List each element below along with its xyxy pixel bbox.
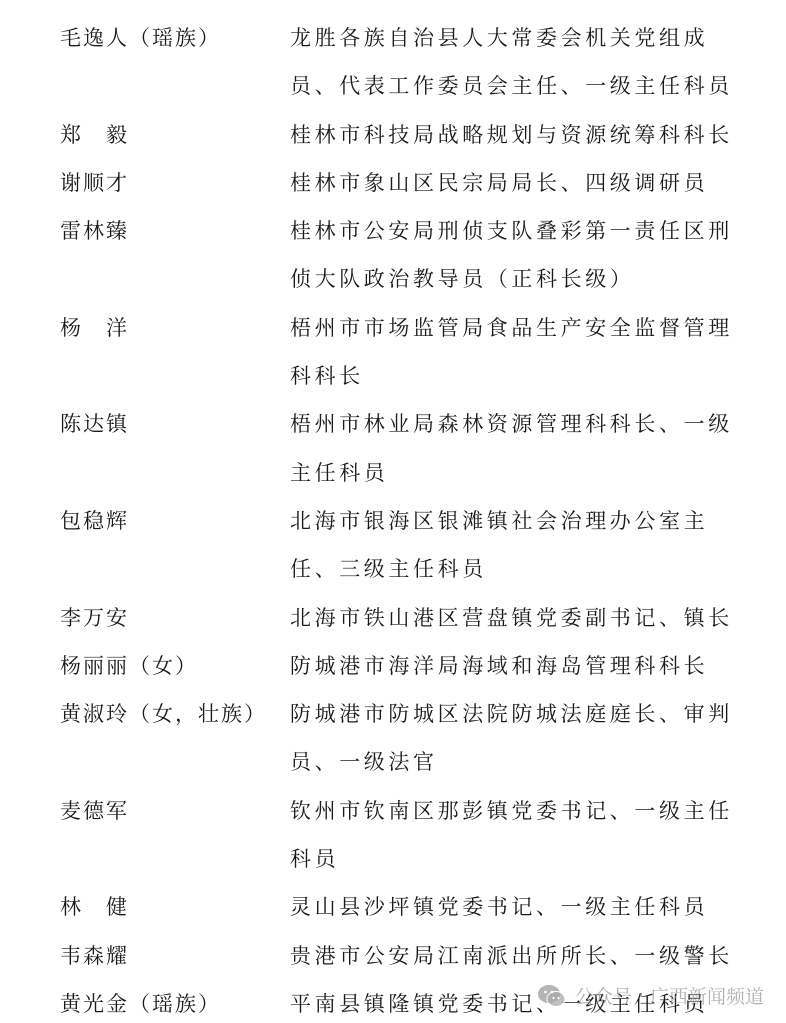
list-item: 黄淑玲（女，壮族） 防城港市防城区法院防城法庭庭长、审判员、一级法官 bbox=[60, 690, 760, 787]
list-item: 陈达镇 梧州市林业局森林资源管理科科长、一级主任科员 bbox=[60, 400, 760, 497]
person-position: 龙胜各族自治县人大常委会机关党组成员、代表工作委员会主任、一级主任科员 bbox=[290, 14, 750, 111]
person-position: 桂林市象山区民宗局局长、四级调研员 bbox=[290, 159, 750, 207]
person-name: 杨 洋 bbox=[60, 304, 290, 352]
person-position: 钦州市钦南区那彭镇党委书记、一级主任科员 bbox=[290, 787, 750, 884]
list-item: 包稳辉 北海市银海区银滩镇社会治理办公室主任、三级主任科员 bbox=[60, 497, 760, 594]
list-item: 杨丽丽（女） 防城港市海洋局海域和海岛管理科科长 bbox=[60, 642, 760, 690]
person-position: 平南县镇隆镇党委书记、一级主任科员 bbox=[290, 980, 750, 1023]
list-item: 郑 毅 桂林市科技局战略规划与资源统筹科科长 bbox=[60, 111, 760, 159]
list-item: 毛逸人（瑶族） 龙胜各族自治县人大常委会机关党组成员、代表工作委员会主任、一级主… bbox=[60, 14, 760, 111]
list-item: 杨 洋 梧州市市场监管局食品生产安全监督管理科科长 bbox=[60, 304, 760, 401]
person-name: 韦森耀 bbox=[60, 932, 290, 980]
person-position: 防城港市防城区法院防城法庭庭长、审判员、一级法官 bbox=[290, 690, 750, 787]
person-name: 郑 毅 bbox=[60, 111, 290, 159]
list-item: 韦森耀 贵港市公安局江南派出所所长、一级警长 bbox=[60, 932, 760, 980]
person-position: 桂林市科技局战略规划与资源统筹科科长 bbox=[290, 111, 750, 159]
person-position: 北海市银海区银滩镇社会治理办公室主任、三级主任科员 bbox=[290, 497, 750, 594]
person-position: 贵港市公安局江南派出所所长、一级警长 bbox=[290, 932, 750, 980]
list-item: 李万安 北海市铁山港区营盘镇党委副书记、镇长 bbox=[60, 594, 760, 642]
person-name: 李万安 bbox=[60, 594, 290, 642]
list-item: 麦德军 钦州市钦南区那彭镇党委书记、一级主任科员 bbox=[60, 787, 760, 884]
person-position: 梧州市林业局森林资源管理科科长、一级主任科员 bbox=[290, 400, 750, 497]
personnel-list: 毛逸人（瑶族） 龙胜各族自治县人大常委会机关党组成员、代表工作委员会主任、一级主… bbox=[60, 14, 760, 1023]
person-name: 陈达镇 bbox=[60, 400, 290, 448]
person-position: 北海市铁山港区营盘镇党委副书记、镇长 bbox=[290, 594, 750, 642]
person-name: 林 健 bbox=[60, 883, 290, 931]
person-name: 谢顺才 bbox=[60, 159, 290, 207]
person-name: 毛逸人（瑶族） bbox=[60, 14, 290, 62]
person-position: 灵山县沙坪镇党委书记、一级主任科员 bbox=[290, 883, 750, 931]
list-item: 雷林臻 桂林市公安局刑侦支队叠彩第一责任区刑侦大队政治教导员（正科长级） bbox=[60, 207, 760, 304]
person-name: 包稳辉 bbox=[60, 497, 290, 545]
person-position: 梧州市市场监管局食品生产安全监督管理科科长 bbox=[290, 304, 750, 401]
person-name: 杨丽丽（女） bbox=[60, 642, 290, 690]
person-name: 黄淑玲（女，壮族） bbox=[60, 690, 290, 738]
person-name: 雷林臻 bbox=[60, 207, 290, 255]
list-item: 林 健 灵山县沙坪镇党委书记、一级主任科员 bbox=[60, 883, 760, 931]
list-item: 谢顺才 桂林市象山区民宗局局长、四级调研员 bbox=[60, 159, 760, 207]
person-position: 桂林市公安局刑侦支队叠彩第一责任区刑侦大队政治教导员（正科长级） bbox=[290, 207, 750, 304]
list-item: 黄光金（瑶族） 平南县镇隆镇党委书记、一级主任科员 bbox=[60, 980, 760, 1023]
person-name: 黄光金（瑶族） bbox=[60, 980, 290, 1023]
person-name: 麦德军 bbox=[60, 787, 290, 835]
person-position: 防城港市海洋局海域和海岛管理科科长 bbox=[290, 642, 750, 690]
